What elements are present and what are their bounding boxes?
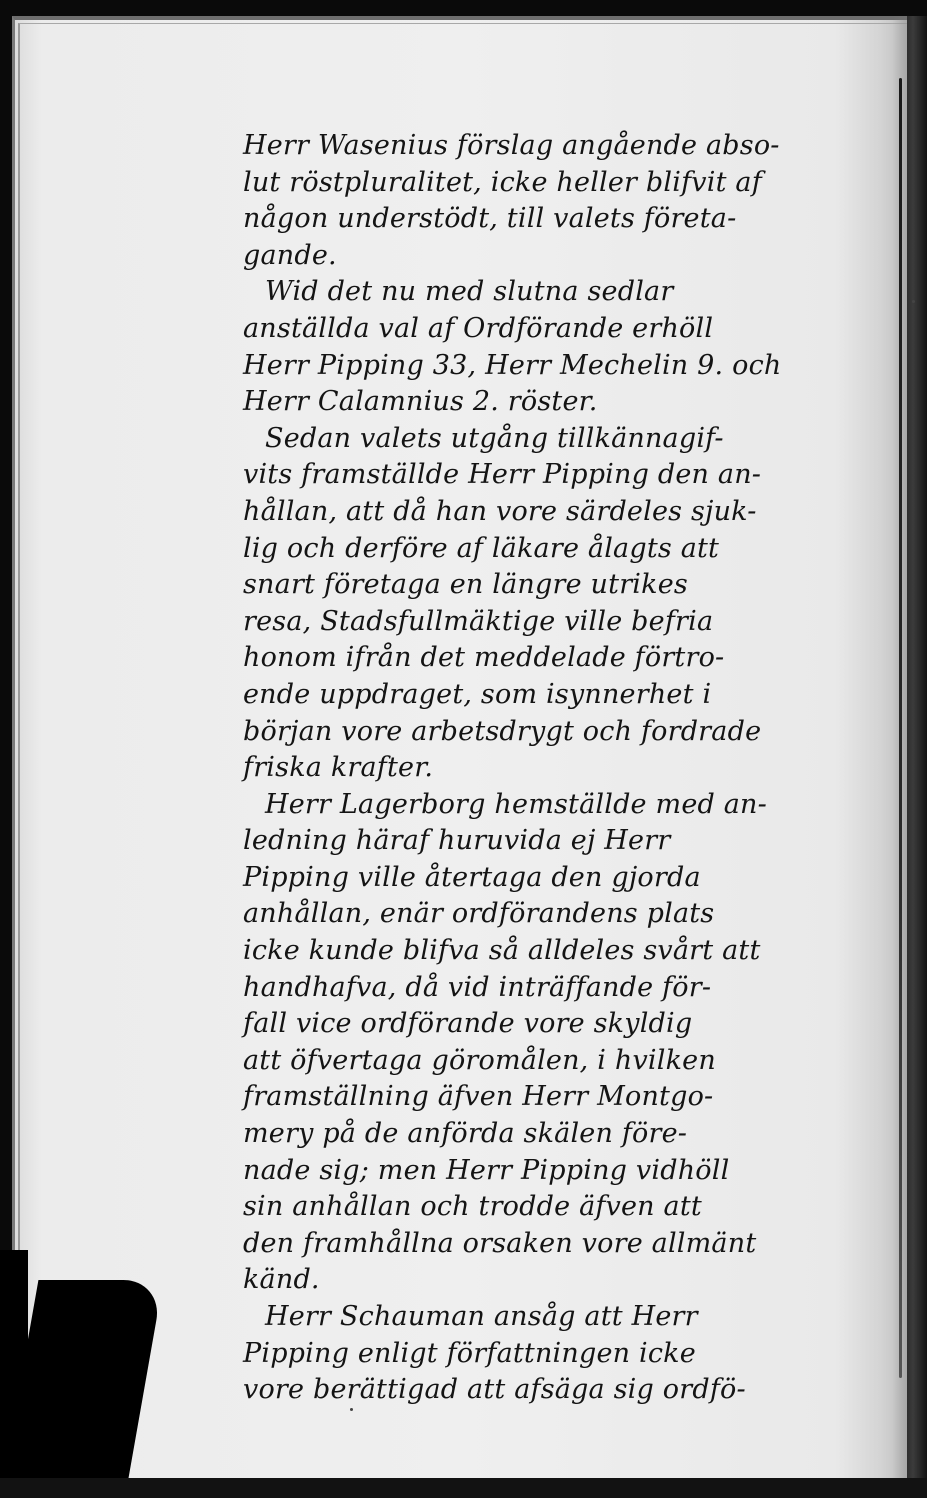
- paragraph-start-line: Sedan valets utgång tillkännagif-: [243, 421, 873, 458]
- text-line: Herr Wasenius förslag angående abso-: [243, 128, 873, 165]
- text-line: anställda val af Ordförande erhöll: [243, 311, 873, 348]
- text-line: vore berättigad att afsäga sig ordfö-: [243, 1372, 873, 1409]
- text-line: vits framställde Herr Pipping den an-: [243, 457, 873, 494]
- paragraph-start-line: Herr Schauman ansåg att Herr: [243, 1299, 873, 1336]
- text-line: ledning häraf huruvida ej Herr: [243, 823, 873, 860]
- text-line: Herr Pipping 33, Herr Mechelin 9. och: [243, 348, 873, 385]
- text-line: snart företaga en längre utrikes: [243, 567, 873, 604]
- text-line: Pipping ville återtaga den gjorda: [243, 860, 873, 897]
- text-line: Herr Calamnius 2. röster.: [243, 384, 873, 421]
- text-line: mery på de anförda skälen före-: [243, 1116, 873, 1153]
- text-line: Pipping enligt författningen icke: [243, 1336, 873, 1373]
- text-line: ende uppdraget, som isynnerhet i: [243, 677, 873, 714]
- text-line: någon understödt, till valets företa-: [243, 201, 873, 238]
- text-line: framställning äfven Herr Montgo-: [243, 1079, 873, 1116]
- text-line: den framhållna orsaken vore allmänt: [243, 1226, 873, 1263]
- text-line: honom ifrån det meddelade förtro-: [243, 640, 873, 677]
- paper-speck: [912, 300, 915, 303]
- text-line: sin anhållan och trodde äfven att: [243, 1189, 873, 1226]
- binding-shadow: [892, 16, 927, 1498]
- text-line: nade sig; men Herr Pipping vidhöll: [243, 1153, 873, 1190]
- binding-gutter-line: [899, 78, 902, 1378]
- text-line: början vore arbetsdrygt och fordrade: [243, 714, 873, 751]
- text-line: anhållan, enär ordförandens plats: [243, 896, 873, 933]
- bottom-edge-shadow: [0, 1478, 927, 1498]
- text-line: att öfvertaga göromålen, i hvilken: [243, 1043, 873, 1080]
- text-line: hållan, att då han vore särdeles sjuk-: [243, 494, 873, 531]
- text-line: lig och derföre af läkare ålagts att: [243, 531, 873, 568]
- text-line: friska krafter.: [243, 750, 873, 787]
- text-line: lut röstpluralitet, icke heller blifvit …: [243, 165, 873, 202]
- text-line: handhafva, då vid inträffande för-: [243, 970, 873, 1007]
- text-line: fall vice ordförande vore skyldig: [243, 1006, 873, 1043]
- paragraph-start-line: Wid det nu med slutna sedlar: [243, 274, 873, 311]
- scanned-page: Herr Wasenius förslag angående abso- lut…: [0, 0, 927, 1498]
- text-line: gande.: [243, 238, 873, 275]
- text-line: resa, Stadsfullmäktige ville befria: [243, 604, 873, 641]
- text-line: icke kunde blifva så alldeles svårt att: [243, 933, 873, 970]
- text-line: känd.: [243, 1262, 873, 1299]
- paragraph-start-line: Herr Lagerborg hemställde med an-: [243, 787, 873, 824]
- handwritten-text: Herr Wasenius förslag angående abso- lut…: [243, 128, 873, 1409]
